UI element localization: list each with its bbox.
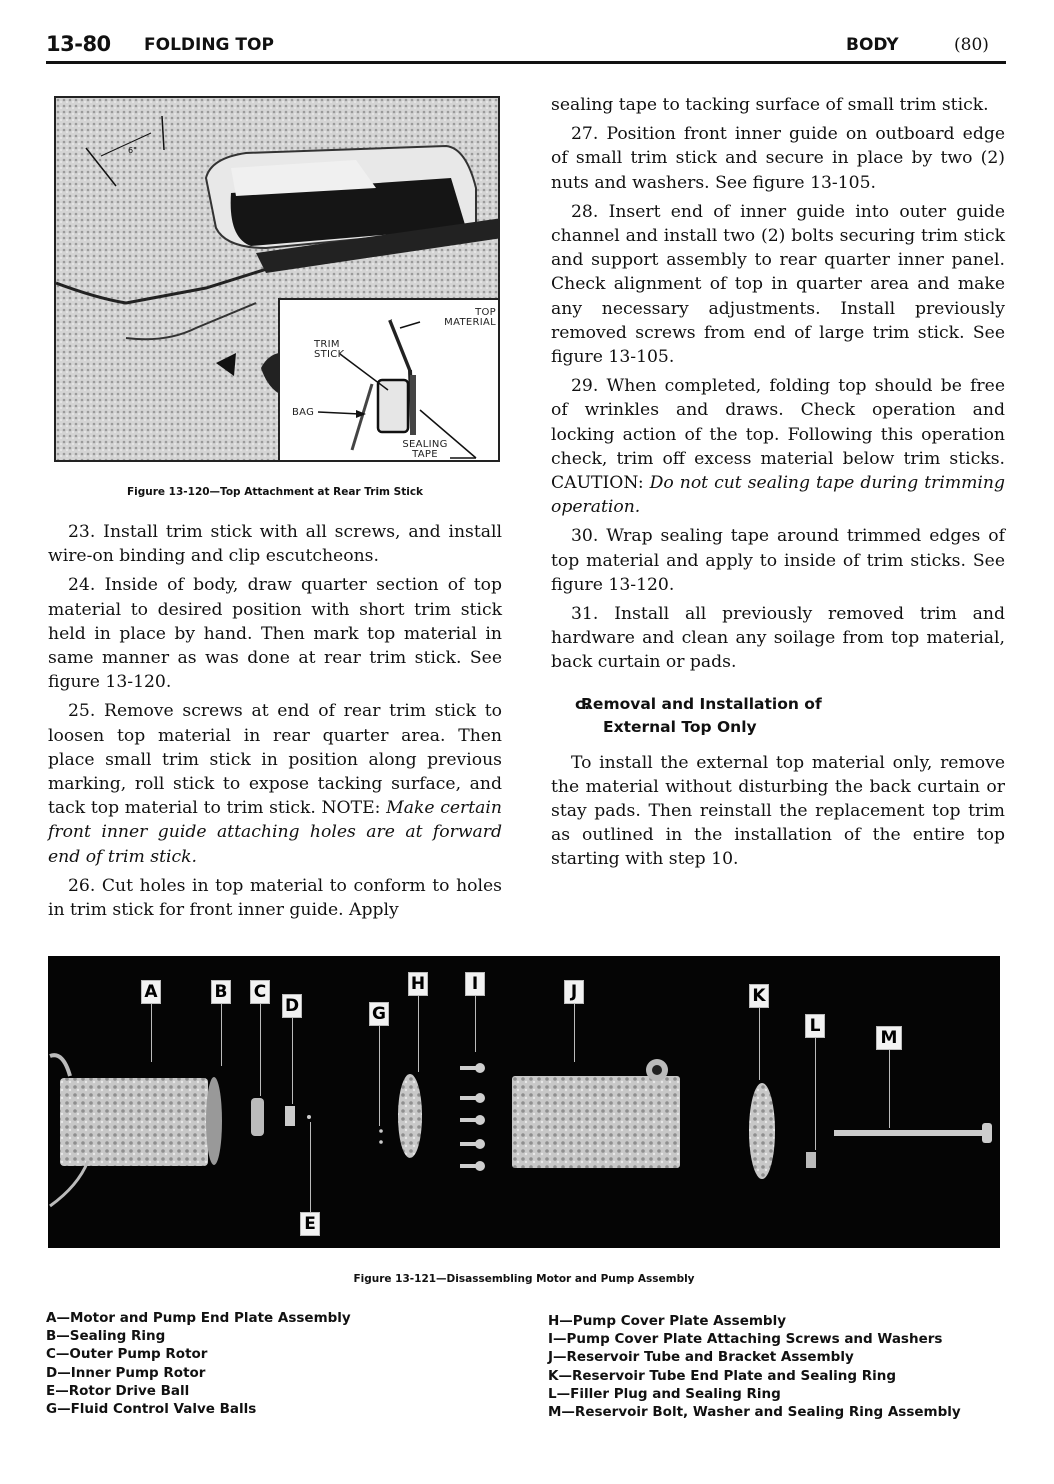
- tag-c: C: [250, 980, 270, 1004]
- leader-k: [759, 1008, 760, 1080]
- right-column-text: sealing tape to tacking surface of small…: [551, 93, 1005, 877]
- leader-j: [574, 1004, 575, 1062]
- step-31: 31. Install all previously removed trim …: [551, 602, 1005, 675]
- page-number: 13-80: [46, 32, 111, 56]
- legend-item-g: G—Fluid Control Valve Balls: [46, 1400, 351, 1418]
- step-29: 29. When completed, folding top should b…: [551, 374, 1005, 519]
- tag-a: A: [141, 980, 161, 1004]
- label-top-material: TOP MATERIAL: [432, 308, 496, 328]
- figure-13-121-caption: Figure 13-121—Disassembling Motor and Pu…: [48, 1273, 1000, 1285]
- leader-e: [310, 1122, 311, 1212]
- note-label: NOTE:: [322, 798, 381, 818]
- leader-c: [260, 1004, 261, 1096]
- subsection-heading: c.Removal and Installation of External T…: [551, 693, 1005, 739]
- label-trim-stick: TRIM STICK: [314, 340, 354, 360]
- label-bag: BAG: [292, 408, 314, 418]
- step-24: 24. Inside of body, draw quarter section…: [48, 573, 502, 694]
- legend-item-a: A—Motor and Pump End Plate Assembly: [46, 1309, 351, 1327]
- tag-i: I: [465, 972, 485, 996]
- tag-h: H: [408, 972, 428, 996]
- figure-13-121-image: A B C D E G H I J K L M: [48, 956, 1000, 1248]
- figure-121-legend-right: H—Pump Cover Plate Assembly I—Pump Cover…: [548, 1312, 961, 1421]
- leader-l: [815, 1038, 816, 1150]
- step-26: 26. Cut holes in top material to conform…: [48, 874, 502, 922]
- subsection-letter: c.: [551, 693, 581, 716]
- dimension-label: 6": [128, 146, 137, 155]
- page-header: 13-80 FOLDING TOP BODY (80): [46, 32, 1006, 66]
- legend-item-l: L—Filler Plug and Sealing Ring: [548, 1385, 961, 1403]
- figure-13-120-caption: Figure 13-120—Top Attachment at Rear Tri…: [48, 486, 502, 498]
- tag-m: M: [876, 1026, 902, 1050]
- step-25: 25. Remove screws at end of rear trim st…: [48, 699, 502, 868]
- left-column-text: 23. Install trim stick with all screws, …: [48, 520, 502, 927]
- subsection-title-line2: External Top Only: [551, 716, 1005, 739]
- page-paren-number: (80): [954, 35, 989, 55]
- leader-b: [221, 1004, 222, 1066]
- header-rule: [46, 61, 1006, 64]
- tag-j: J: [564, 980, 584, 1004]
- subsection-title-line1: Removal and Installation of: [581, 695, 822, 713]
- cross-section-inset: TOP MATERIAL TRIM STICK BAG SEALING TAPE: [278, 298, 500, 462]
- leader-i: [475, 996, 476, 1052]
- leader-a: [151, 1004, 152, 1062]
- step-28: 28. Insert end of inner guide into outer…: [551, 200, 1005, 369]
- tag-b: B: [211, 980, 231, 1004]
- figure-13-120-image: 6" TOP MATERIAL TRIM STICK BAG SEALING T…: [54, 96, 500, 462]
- legend-item-k: K—Reservoir Tube End Plate and Sealing R…: [548, 1367, 961, 1385]
- tag-g: G: [369, 1002, 389, 1026]
- section-title: FOLDING TOP: [144, 35, 274, 55]
- legend-item-e: E—Rotor Drive Ball: [46, 1382, 351, 1400]
- step-27: 27. Position front inner guide on outboa…: [551, 122, 1005, 195]
- chapter-label: BODY: [846, 35, 899, 55]
- figure-121-legend-left: A—Motor and Pump End Plate Assembly B—Se…: [46, 1309, 351, 1418]
- step-26-continuation: sealing tape to tacking surface of small…: [551, 93, 1005, 117]
- step-23: 23. Install trim stick with all screws, …: [48, 520, 502, 568]
- tag-d: D: [282, 994, 302, 1018]
- tag-l: L: [805, 1014, 825, 1038]
- caution-label: CAUTION:: [551, 473, 644, 493]
- legend-item-m: M—Reservoir Bolt, Washer and Sealing Rin…: [548, 1403, 961, 1421]
- tag-k: K: [749, 984, 769, 1008]
- subsection-paragraph: To install the external top material onl…: [551, 751, 1005, 872]
- legend-item-d: D—Inner Pump Rotor: [46, 1364, 351, 1382]
- legend-item-h: H—Pump Cover Plate Assembly: [548, 1312, 961, 1330]
- legend-item-i: I—Pump Cover Plate Attaching Screws and …: [548, 1330, 961, 1348]
- leader-d: [292, 1018, 293, 1104]
- leader-h: [418, 996, 419, 1072]
- legend-item-c: C—Outer Pump Rotor: [46, 1345, 351, 1363]
- leader-m: [889, 1050, 890, 1128]
- tag-e: E: [300, 1212, 320, 1236]
- label-sealing-tape: SEALING TAPE: [400, 440, 450, 460]
- leader-g: [379, 1026, 380, 1126]
- step-30: 30. Wrap sealing tape around trimmed edg…: [551, 524, 1005, 597]
- legend-item-j: J—Reservoir Tube and Bracket Assembly: [548, 1348, 961, 1366]
- motor-pump-parts-illustration: [48, 956, 1000, 1248]
- legend-item-b: B—Sealing Ring: [46, 1327, 351, 1345]
